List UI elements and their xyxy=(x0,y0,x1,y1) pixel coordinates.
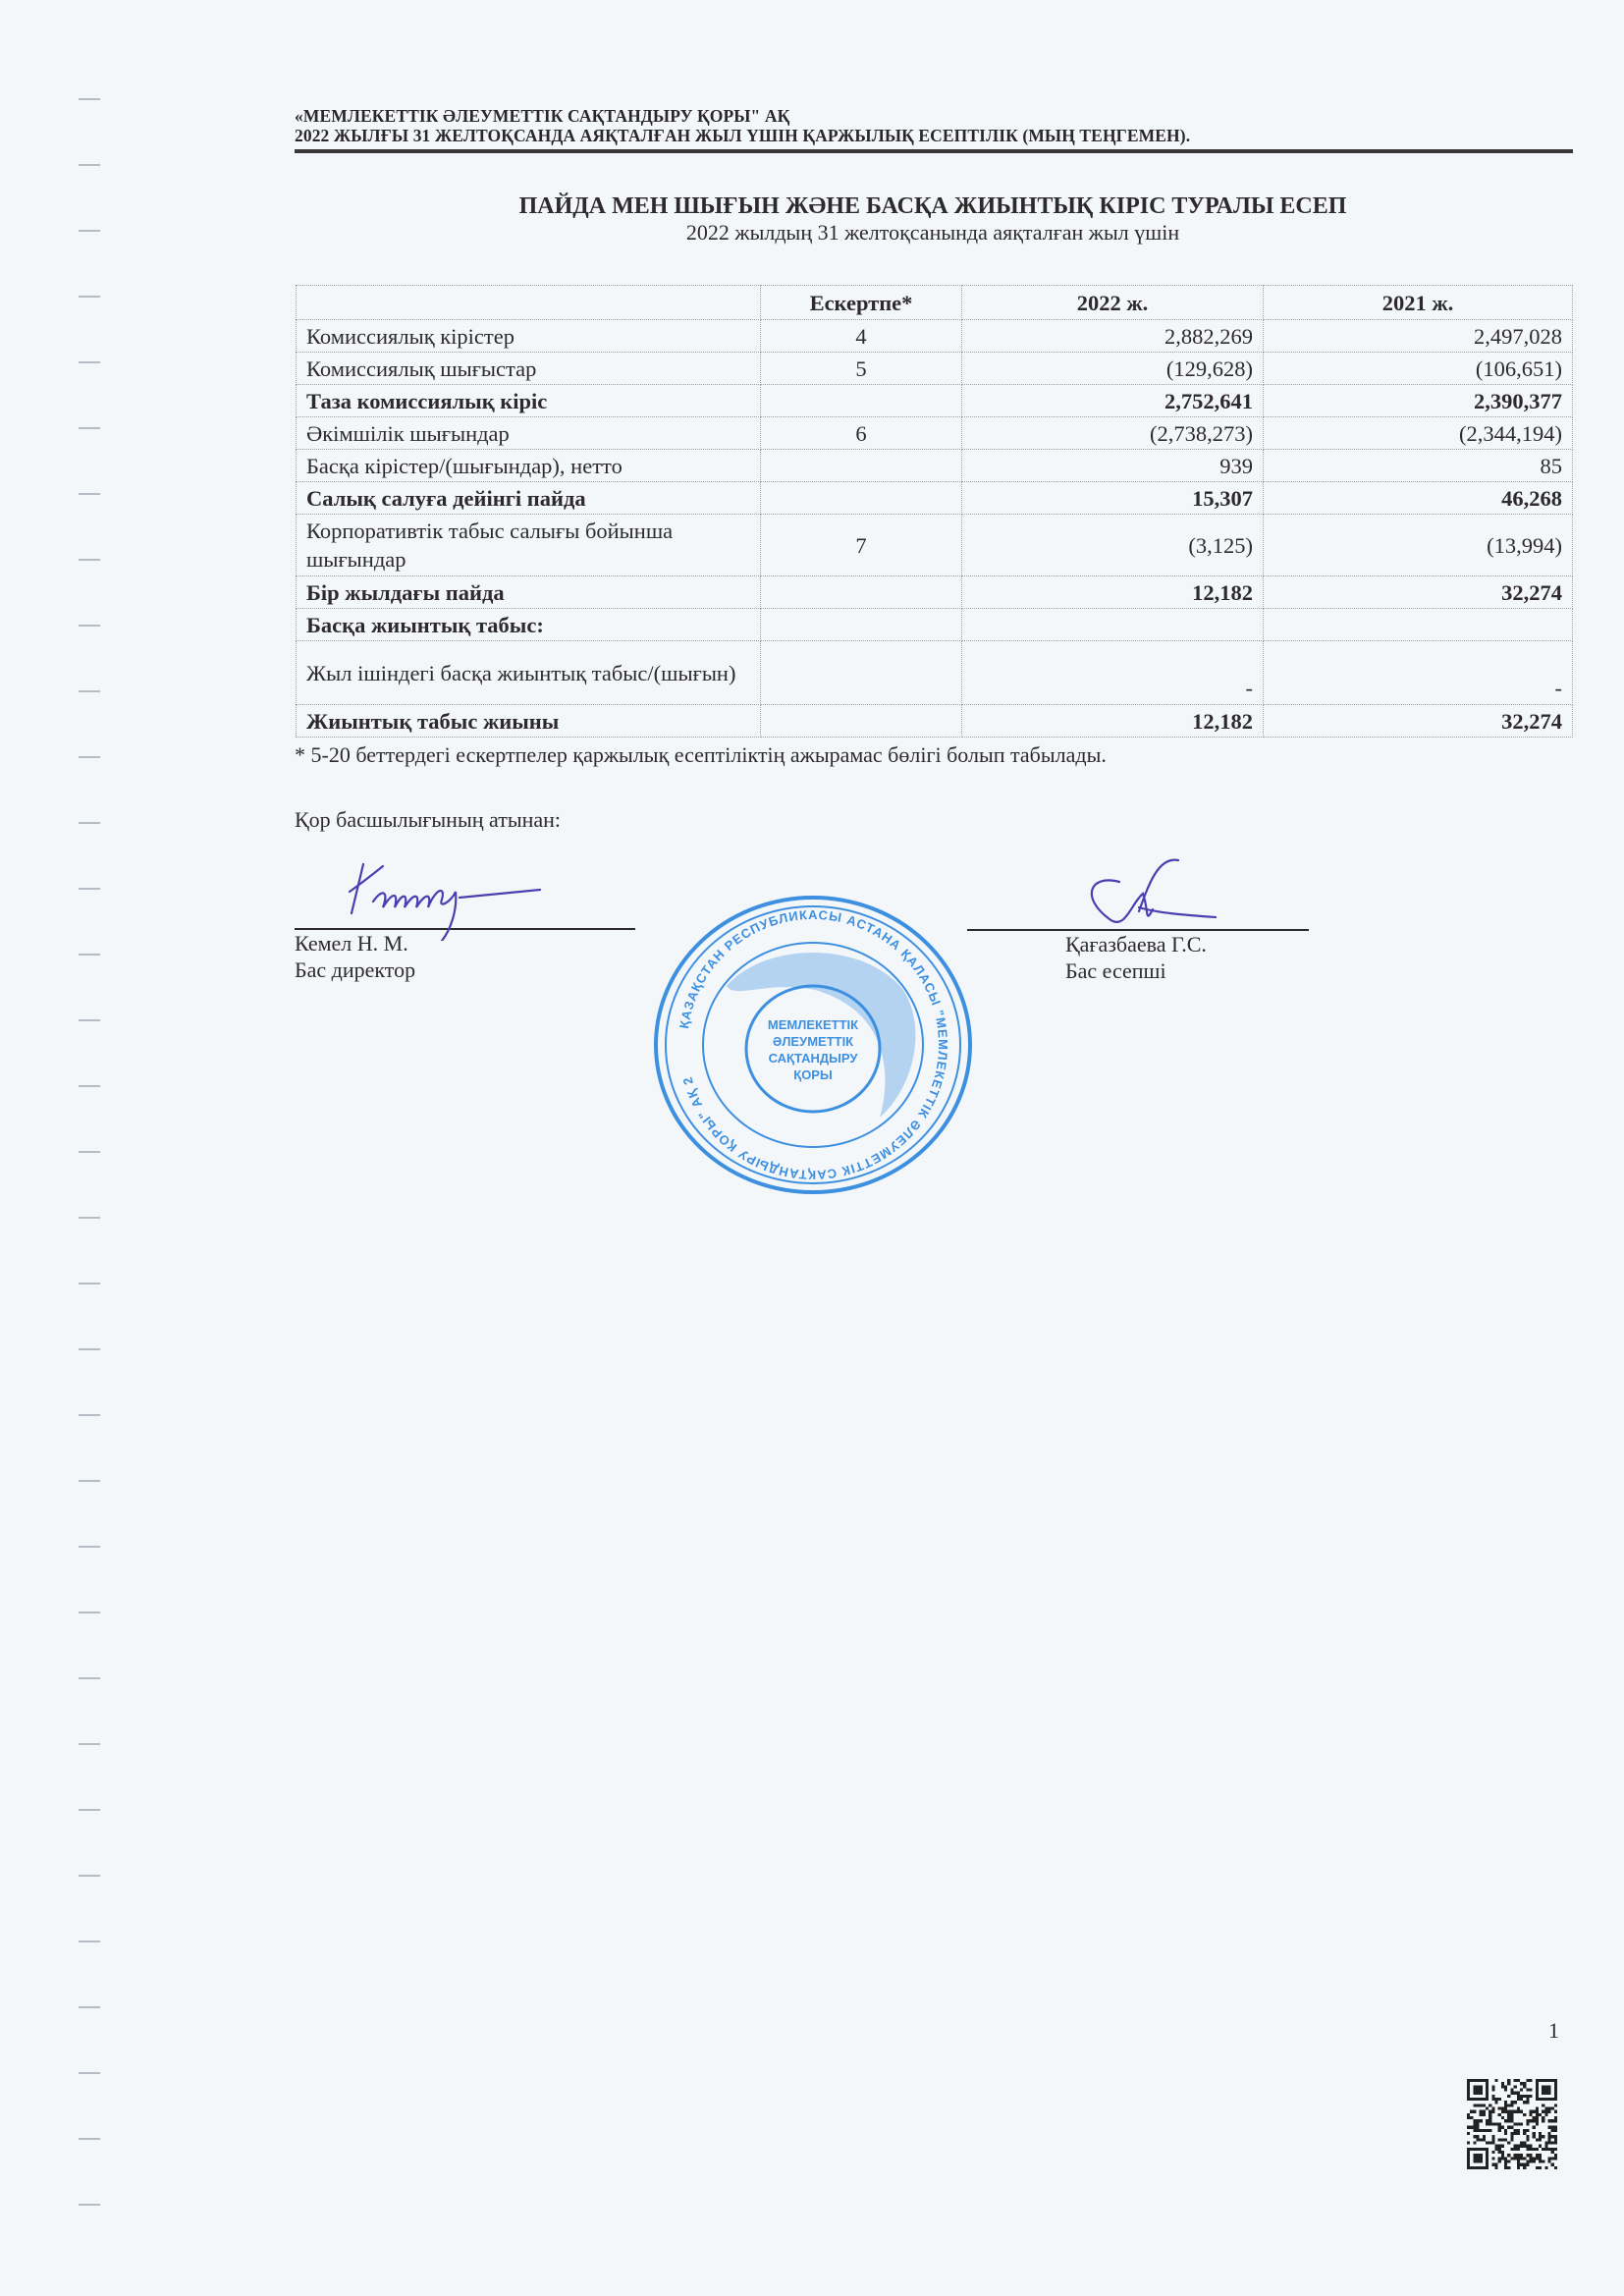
row-value-2022: - xyxy=(962,641,1264,705)
row-note: 7 xyxy=(761,515,962,576)
row-label: Салық салуға дейінгі пайда xyxy=(297,482,761,515)
svg-text:МЕМЛЕКЕТТІК: МЕМЛЕКЕТТІК xyxy=(768,1017,858,1032)
row-note xyxy=(761,705,962,738)
row-value-2021 xyxy=(1264,609,1573,641)
row-label: Бір жылдағы пайда xyxy=(297,576,761,609)
row-label: Басқа кірістер/(шығындар), нетто xyxy=(297,450,761,482)
row-value-2022: 2,882,269 xyxy=(962,320,1264,353)
table-row: Әкімшілік шығындар6(2,738,273)(2,344,194… xyxy=(297,417,1573,450)
report-period-caption: 2022 ЖЫЛҒЫ 31 ЖЕЛТОҚСАНДА АЯҚТАЛҒАН ЖЫЛ … xyxy=(295,126,1571,145)
row-value-2022: (129,628) xyxy=(962,353,1264,385)
row-label: Таза комиссиялық кіріс xyxy=(297,385,761,417)
row-value-2021: 32,274 xyxy=(1264,576,1573,609)
on-behalf-caption: Қор басшылығының атынан: xyxy=(295,807,561,833)
binding-margin-marks xyxy=(79,98,102,2259)
income-statement-table: Ескертпе* 2022 ж. 2021 ж. Комиссиялық кі… xyxy=(296,285,1573,738)
table-row: Жиынтық табыс жиыны12,18232,274 xyxy=(297,705,1573,738)
row-note xyxy=(761,641,962,705)
footnote: * 5-20 беттердегі ескертпелер қаржылық е… xyxy=(295,742,1107,768)
row-value-2022: 939 xyxy=(962,450,1264,482)
row-label: Әкімшілік шығындар xyxy=(297,417,761,450)
row-note xyxy=(761,576,962,609)
header-rule xyxy=(295,149,1573,153)
row-value-2021: 46,268 xyxy=(1264,482,1573,515)
row-value-2022: 2,752,641 xyxy=(962,385,1264,417)
organization-name: «МЕМЛЕКЕТТІК ӘЛЕУМЕТТІК САҚТАНДЫРУ ҚОРЫ"… xyxy=(295,106,1571,126)
signer-role: Бас директор xyxy=(295,957,638,983)
row-value-2021: (106,651) xyxy=(1264,353,1573,385)
signature-block-accountant: Қағазбаева Г.С. Бас есепші xyxy=(967,854,1311,984)
row-value-2021: 85 xyxy=(1264,450,1573,482)
column-header-2021: 2021 ж. xyxy=(1264,286,1573,320)
page-number: 1 xyxy=(1548,2018,1559,2044)
row-value-2022: (3,125) xyxy=(962,515,1264,576)
row-label: Жиынтық табыс жиыны xyxy=(297,705,761,738)
row-label: Комиссиялық кірістер xyxy=(297,320,761,353)
table-row: Корпоративтік табыс салығы бойынша шығын… xyxy=(297,515,1573,576)
table-row: Таза комиссиялық кіріс2,752,6412,390,377 xyxy=(297,385,1573,417)
column-header-label xyxy=(297,286,761,320)
signature-director-icon xyxy=(344,852,569,941)
statement-title-block: ПАЙДА МЕН ШЫҒЫН ЖӘНЕ БАСҚА ЖИЫНТЫҚ КІРІС… xyxy=(295,192,1571,246)
row-note xyxy=(761,450,962,482)
signer-name: Қағазбаева Г.С. xyxy=(967,931,1311,957)
svg-text:ҚОРЫ: ҚОРЫ xyxy=(793,1067,832,1082)
row-value-2022: (2,738,273) xyxy=(962,417,1264,450)
row-note: 6 xyxy=(761,417,962,450)
row-note xyxy=(761,482,962,515)
row-value-2022: 12,182 xyxy=(962,576,1264,609)
svg-text:САҚТАНДЫРУ: САҚТАНДЫРУ xyxy=(769,1051,859,1066)
table-header-row: Ескертпе* 2022 ж. 2021 ж. xyxy=(297,286,1573,320)
table-row: Басқа жиынтық табыс: xyxy=(297,609,1573,641)
row-label: Жыл ішіндегі басқа жиынтық табыс/(шығын) xyxy=(297,641,761,705)
row-value-2021: - xyxy=(1264,641,1573,705)
row-label: Корпоративтік табыс салығы бойынша шығын… xyxy=(297,515,761,576)
row-label: Басқа жиынтық табыс: xyxy=(297,609,761,641)
table-row: Салық салуға дейінгі пайда15,30746,268 xyxy=(297,482,1573,515)
table-row: Жыл ішіндегі басқа жиынтық табыс/(шығын)… xyxy=(297,641,1573,705)
row-note xyxy=(761,609,962,641)
row-value-2021: (13,994) xyxy=(1264,515,1573,576)
table-row: Бір жылдағы пайда12,18232,274 xyxy=(297,576,1573,609)
column-header-2022: 2022 ж. xyxy=(962,286,1264,320)
row-value-2021: 32,274 xyxy=(1264,705,1573,738)
row-value-2021: 2,497,028 xyxy=(1264,320,1573,353)
table-row: Басқа кірістер/(шығындар), нетто93985 xyxy=(297,450,1573,482)
row-note: 5 xyxy=(761,353,962,385)
company-seal-stamp: ҚАЗАҚСТАН РЕСПУБЛИКАСЫ АСТАНА ҚАЛАСЫ "МЕ… xyxy=(648,892,978,1198)
signature-block-director: Кемел Н. М. Бас директор xyxy=(295,864,638,983)
statement-subtitle: 2022 жылдың 31 желтоқсанында аяқталған ж… xyxy=(295,220,1571,246)
row-note xyxy=(761,385,962,417)
signer-role: Бас есепші xyxy=(967,957,1311,984)
row-value-2021: 2,390,377 xyxy=(1264,385,1573,417)
document-header: «МЕМЛЕКЕТТІК ӘЛЕУМЕТТІК САҚТАНДЫРУ ҚОРЫ"… xyxy=(295,106,1571,153)
row-value-2022 xyxy=(962,609,1264,641)
statement-title: ПАЙДА МЕН ШЫҒЫН ЖӘНЕ БАСҚА ЖИЫНТЫҚ КІРІС… xyxy=(295,192,1571,220)
row-value-2021: (2,344,194) xyxy=(1264,417,1573,450)
row-value-2022: 15,307 xyxy=(962,482,1264,515)
row-label: Комиссиялық шығыстар xyxy=(297,353,761,385)
table-row: Комиссиялық шығыстар5(129,628)(106,651) xyxy=(297,353,1573,385)
svg-text:ӘЛЕУМЕТТІК: ӘЛЕУМЕТТІК xyxy=(773,1034,853,1049)
column-header-note: Ескертпе* xyxy=(761,286,962,320)
table-row: Комиссиялық кірістер42,882,2692,497,028 xyxy=(297,320,1573,353)
signature-accountant-icon xyxy=(1080,854,1237,933)
row-note: 4 xyxy=(761,320,962,353)
qr-code-icon xyxy=(1467,2079,1557,2169)
row-value-2022: 12,182 xyxy=(962,705,1264,738)
